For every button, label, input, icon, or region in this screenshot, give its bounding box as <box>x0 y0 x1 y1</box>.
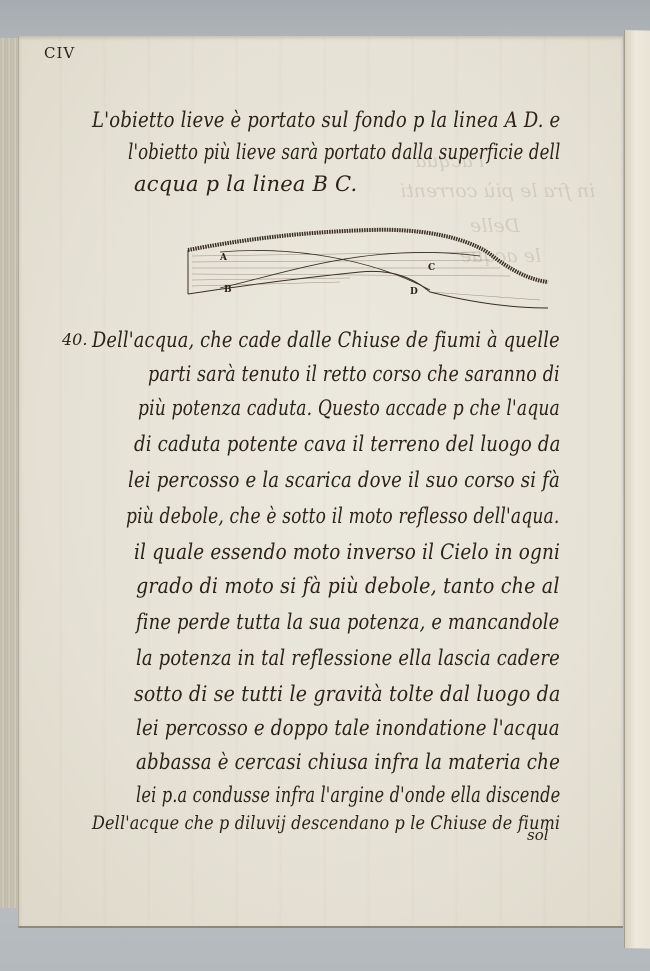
water-hatching <box>192 252 540 300</box>
facing-page-edge <box>624 30 650 949</box>
text-line: grado di moto si fà più debole, tanto ch… <box>136 574 560 598</box>
figure-label-c: C <box>428 263 435 273</box>
text-line: Dell'acqua, che cade dalle Chiuse de fiu… <box>92 328 560 352</box>
bleed-through-text: in fra le più correnti <box>400 180 595 202</box>
text-line: fine perde tutta la sua potenza, e manca… <box>136 610 559 634</box>
riverbed-outline <box>188 230 548 308</box>
text-line: lei p.a condusse infra l'argine d'onde e… <box>136 783 560 807</box>
figure-label-d: D <box>410 287 418 297</box>
text-line: lei percosso e la scarica dove il suo co… <box>128 468 560 492</box>
text-line: abbassa è cercasi chiusa infra la materi… <box>136 750 560 774</box>
paragraph-number: 40. <box>62 330 87 349</box>
river-diagram: A B C D <box>180 222 550 312</box>
text-line: lei percosso e doppo tale inondatione l'… <box>136 716 560 740</box>
text-line: più debole, che è sotto il moto reflesso… <box>126 504 560 528</box>
text-line: il quale essendo moto inverso il Cielo i… <box>134 540 560 564</box>
text-line: l'obietto più lieve sarà portato dalla s… <box>128 140 560 164</box>
text-line: Dell'acque che p diluvij descendano p le… <box>92 812 560 834</box>
figure-label-b: B <box>224 285 232 295</box>
text-line: più potenza caduta. Questo accade p che … <box>138 396 560 420</box>
text-line: sotto di se tutti le gravità tolte dal l… <box>134 682 560 706</box>
text-line: parti sarà tenuto il retto corso che sar… <box>148 362 560 386</box>
folio-number: CIV <box>44 44 75 62</box>
text-line: la potenza in tal reflessione ella lasci… <box>136 646 560 670</box>
text-line: L'obietto lieve è portato sul fondo p la… <box>92 108 560 132</box>
figure-label-a: A <box>219 253 228 263</box>
catchword: sol <box>527 826 549 844</box>
text-line: di caduta potente cava il terreno del lu… <box>134 432 561 456</box>
text-line: acqua p la linea B C. <box>134 172 357 196</box>
